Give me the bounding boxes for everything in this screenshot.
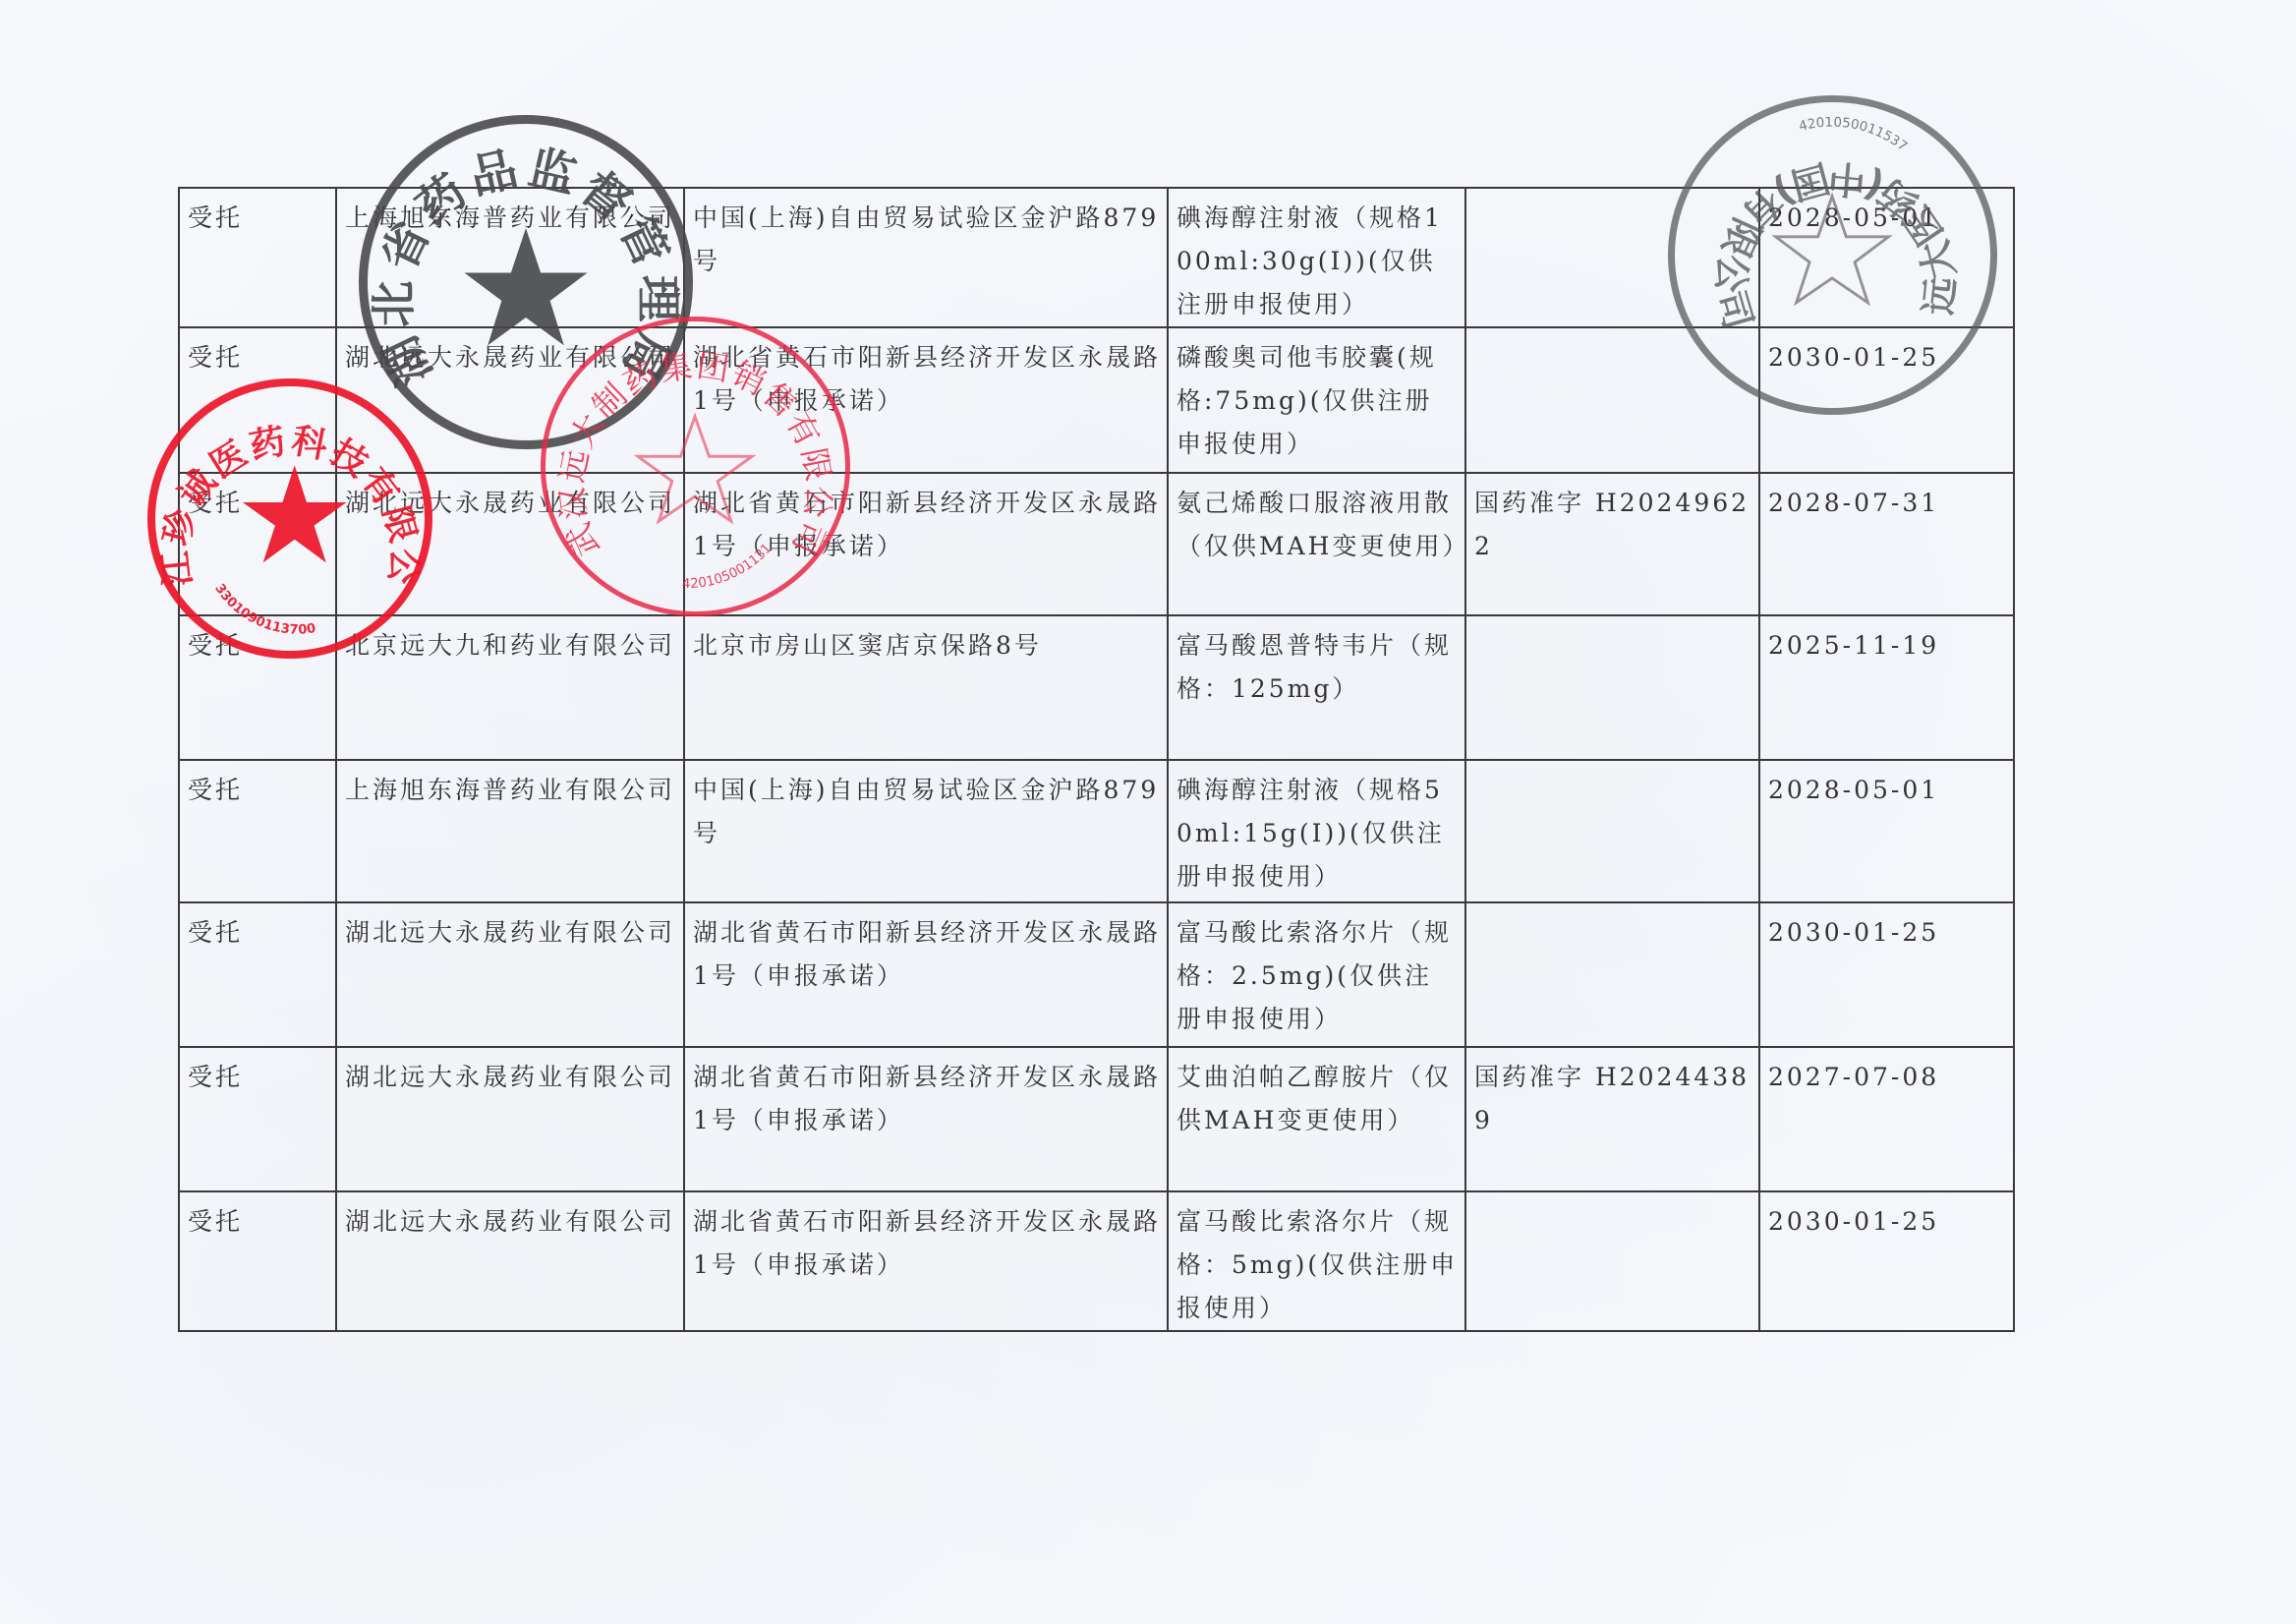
cell-type: 受托 <box>179 902 336 1047</box>
cell-date: 2025-11-19 <box>1759 615 2014 760</box>
cell-company: 上海旭东海普药业有限公司 <box>336 760 684 902</box>
table-row: 受托 上海旭东海普药业有限公司 中国(上海)自由贸易试验区金沪路879号 碘海醇… <box>179 188 2014 327</box>
table-row: 受托 湖北远大永晟药业有限公司 湖北省黄石市阳新县经济开发区永晟路1号（申报承诺… <box>179 1047 2014 1191</box>
table-row: 受托 湖北远大永晟药业有限公司 湖北省黄石市阳新县经济开发区永晟路1号（申报承诺… <box>179 1191 2014 1331</box>
cell-address: 湖北省黄石市阳新县经济开发区永晟路1号（申报承诺） <box>684 1047 1168 1191</box>
cell-company: 上海旭东海普药业有限公司 <box>336 188 684 327</box>
cell-approval-number <box>1465 760 1759 902</box>
cell-company: 湖北远大永晟药业有限公司 <box>336 473 684 615</box>
cell-product: 艾曲泊帕乙醇胺片（仅供MAH变更使用） <box>1168 1047 1465 1191</box>
cell-approval-number: 国药准字 H20244389 <box>1465 1047 1759 1191</box>
table-row: 受托 湖北远大永晟药业有限公司 湖北省黄石市阳新县经济开发区永晟路1号（申报承诺… <box>179 902 2014 1047</box>
cell-product: 富马酸恩普特韦片（规格：125mg） <box>1168 615 1465 760</box>
cell-company: 湖北远大永晟药业有限公司 <box>336 1047 684 1191</box>
cell-type: 受托 <box>179 1047 336 1191</box>
cell-date: 2028-05-01 <box>1759 760 2014 902</box>
cell-date: 2027-07-08 <box>1759 1047 2014 1191</box>
cell-company: 湖北远大永晟药业有限公司 <box>336 902 684 1047</box>
cell-address: 北京市房山区窦店京保路8号 <box>684 615 1168 760</box>
cell-approval-number <box>1465 327 1759 473</box>
cell-approval-number <box>1465 902 1759 1047</box>
cell-product: 碘海醇注射液（规格100ml:30g(I))(仅供注册申报使用） <box>1168 188 1465 327</box>
cell-approval-number <box>1465 615 1759 760</box>
cell-company: 北京远大九和药业有限公司 <box>336 615 684 760</box>
entrusted-production-table: 受托 上海旭东海普药业有限公司 中国(上海)自由贸易试验区金沪路879号 碘海醇… <box>178 187 2015 1332</box>
cell-product: 富马酸比索洛尔片（规格：2.5mg)(仅供注册申报使用） <box>1168 902 1465 1047</box>
cell-address: 湖北省黄石市阳新县经济开发区永晟路1号（申报承诺） <box>684 1191 1168 1331</box>
cell-approval-number <box>1465 188 1759 327</box>
cell-approval-number: 国药准字 H20249622 <box>1465 473 1759 615</box>
cell-address: 湖北省黄石市阳新县经济开发区永晟路1号（申报承诺） <box>684 473 1168 615</box>
table-row: 受托 北京远大九和药业有限公司 北京市房山区窦店京保路8号 富马酸恩普特韦片（规… <box>179 615 2014 760</box>
cell-address: 湖北省黄石市阳新县经济开发区永晟路1号（申报承诺） <box>684 902 1168 1047</box>
cell-type: 受托 <box>179 1191 336 1331</box>
cell-product: 氨己烯酸口服溶液用散（仅供MAH变更使用） <box>1168 473 1465 615</box>
cell-type: 受托 <box>179 473 336 615</box>
table-row: 受托 湖北远大永晟药业有限公司 湖北省黄石市阳新县经济开发区永晟路1号（申报承诺… <box>179 327 2014 473</box>
cell-type: 受托 <box>179 327 336 473</box>
cell-address: 中国(上海)自由贸易试验区金沪路879号 <box>684 760 1168 902</box>
cell-product: 碘海醇注射液（规格50ml:15g(I))(仅供注册申报使用） <box>1168 760 1465 902</box>
cell-product: 磷酸奥司他韦胶囊(规格:75mg)(仅供注册申报使用） <box>1168 327 1465 473</box>
cell-approval-number <box>1465 1191 1759 1331</box>
cell-type: 受托 <box>179 188 336 327</box>
cell-date: 2030-01-25 <box>1759 902 2014 1047</box>
cell-type: 受托 <box>179 760 336 902</box>
table-row: 受托 湖北远大永晟药业有限公司 湖北省黄石市阳新县经济开发区永晟路1号（申报承诺… <box>179 473 2014 615</box>
cell-date: 2030-01-25 <box>1759 1191 2014 1331</box>
cell-product: 富马酸比索洛尔片（规格：5mg)(仅供注册申报使用） <box>1168 1191 1465 1331</box>
cell-date: 2028-07-31 <box>1759 473 2014 615</box>
cell-company: 湖北远大永晟药业有限公司 <box>336 327 684 473</box>
cell-company: 湖北远大永晟药业有限公司 <box>336 1191 684 1331</box>
cell-type: 受托 <box>179 615 336 760</box>
cell-date: 2030-01-25 <box>1759 327 2014 473</box>
cell-address: 中国(上海)自由贸易试验区金沪路879号 <box>684 188 1168 327</box>
table-row: 受托 上海旭东海普药业有限公司 中国(上海)自由贸易试验区金沪路879号 碘海醇… <box>179 760 2014 902</box>
cell-address: 湖北省黄石市阳新县经济开发区永晟路1号（申报承诺） <box>684 327 1168 473</box>
cell-date: 2028-05-01 <box>1759 188 2014 327</box>
